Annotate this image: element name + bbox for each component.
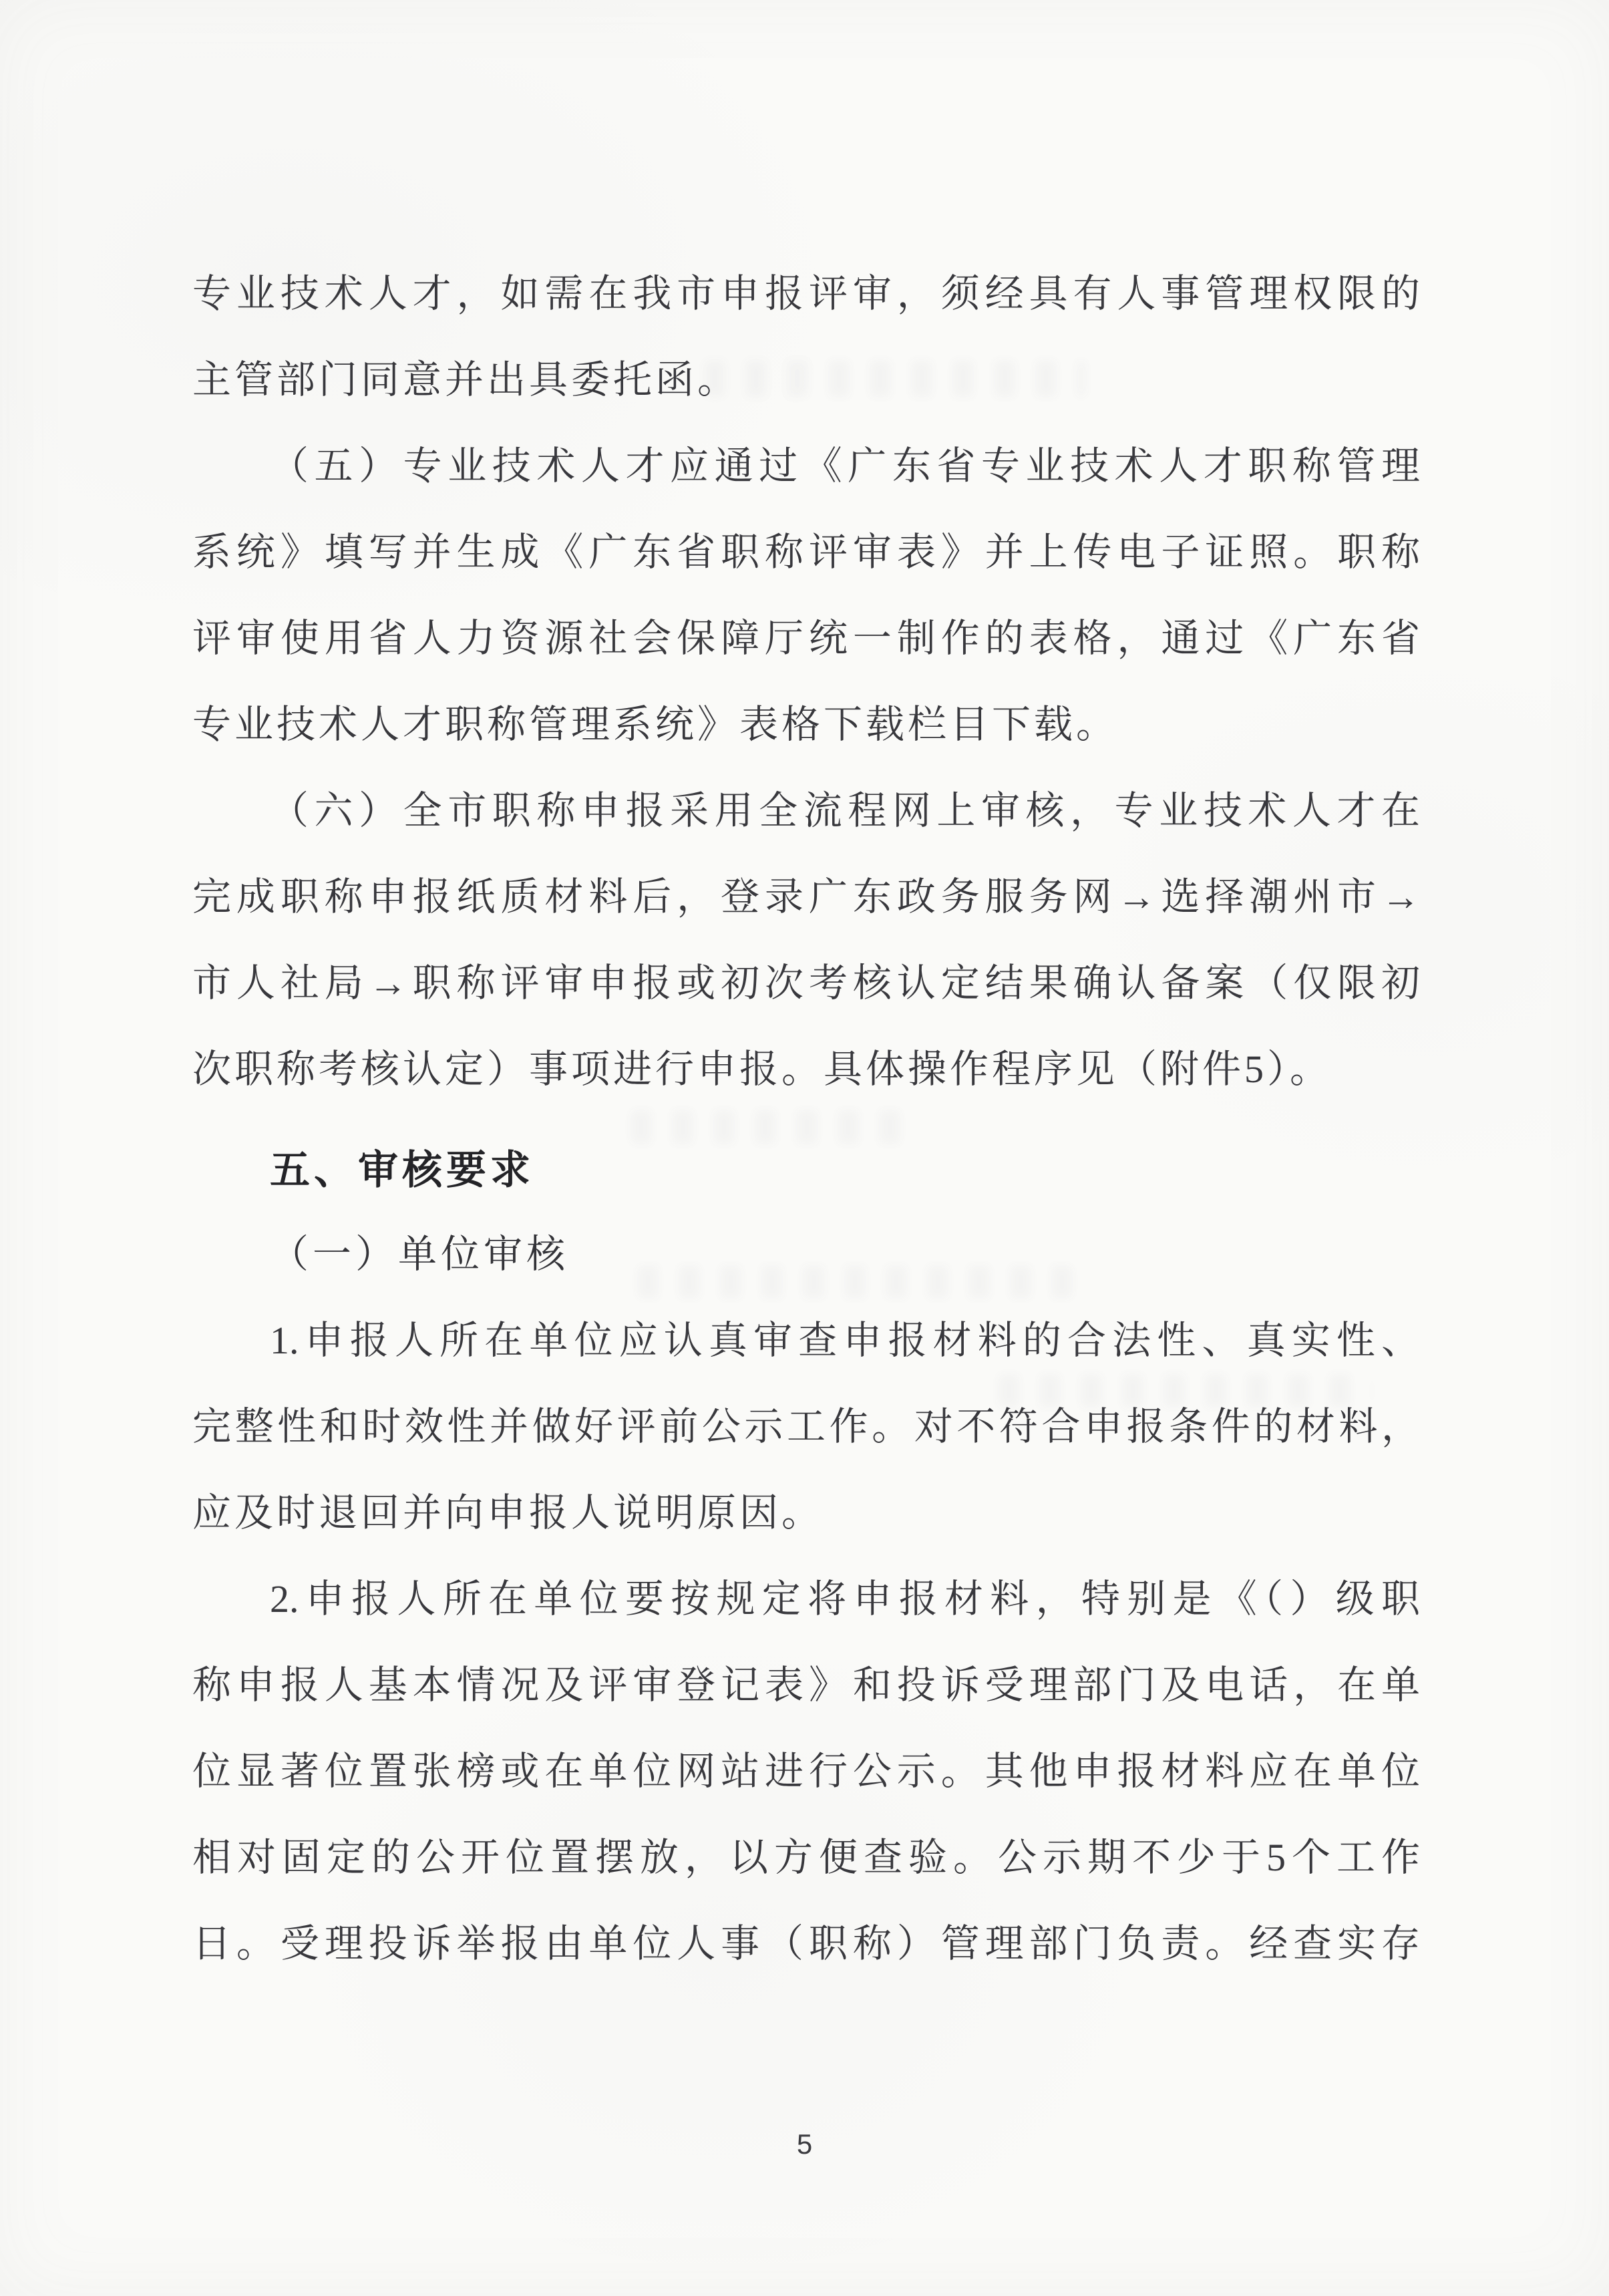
document-line: 相对固定的公开位置摆放，以方便查验。公示期不少于5个工作 [192, 1814, 1420, 1901]
document-line: 日。受理投诉举报由单位人事（职称）管理部门负责。经查实存 [192, 1901, 1420, 1987]
document-line: 称申报人基本情况及评审登记表》和投诉受理部门及电话，在单 [192, 1642, 1420, 1728]
document-line: 系统》填写并生成《广东省职称评审表》并上传电子证照。职称 [192, 509, 1420, 595]
page-number: 5 [797, 2128, 812, 2160]
document-line: 位显著位置张榜或在单位网站进行公示。其他申报材料应在单位 [192, 1728, 1420, 1814]
document-line: 主管部门同意并出具委托函。 [192, 337, 1420, 423]
document-line: 完整性和时效性并做好评前公示工作。对不符合申报条件的材料， [192, 1383, 1420, 1470]
document-line: 评审使用省人力资源社会保障厅统一制作的表格，通过《广东省 [192, 595, 1420, 681]
document-line: 专业技术人才，如需在我市申报评审，须经具有人事管理权限的 [192, 251, 1420, 337]
document-line: 次职称考核认定）事项进行申报。具体操作程序见（附件5）。 [192, 1026, 1420, 1112]
sub-section-heading: （一）单位审核 [192, 1211, 1420, 1297]
document-body: 专业技术人才，如需在我市申报评审，须经具有人事管理权限的主管部门同意并出具委托函… [192, 251, 1420, 1987]
document-line: 2.申报人所在单位要按规定将申报材料，特别是《（）级职 [192, 1556, 1420, 1642]
document-line: 完成职称申报纸质材料后，登录广东政务服务网→选择潮州市→ [192, 854, 1420, 940]
document-line: 市人社局→职称评审申报或初次考核认定结果确认备案（仅限初 [192, 940, 1420, 1026]
document-line: 应及时退回并向申报人说明原因。 [192, 1470, 1420, 1556]
document-line: （五）专业技术人才应通过《广东省专业技术人才职称管理 [192, 423, 1420, 509]
section-heading: 五、审核要求 [192, 1130, 1420, 1211]
scanned-document-page: 专业技术人才，如需在我市申报评审，须经具有人事管理权限的主管部门同意并出具委托函… [0, 0, 1609, 2296]
document-line: 1.申报人所在单位应认真审查申报材料的合法性、真实性、 [192, 1297, 1420, 1383]
document-line: （六）全市职称申报采用全流程网上审核，专业技术人才在 [192, 768, 1420, 854]
document-line: 专业技术人才职称管理系统》表格下载栏目下载。 [192, 681, 1420, 768]
